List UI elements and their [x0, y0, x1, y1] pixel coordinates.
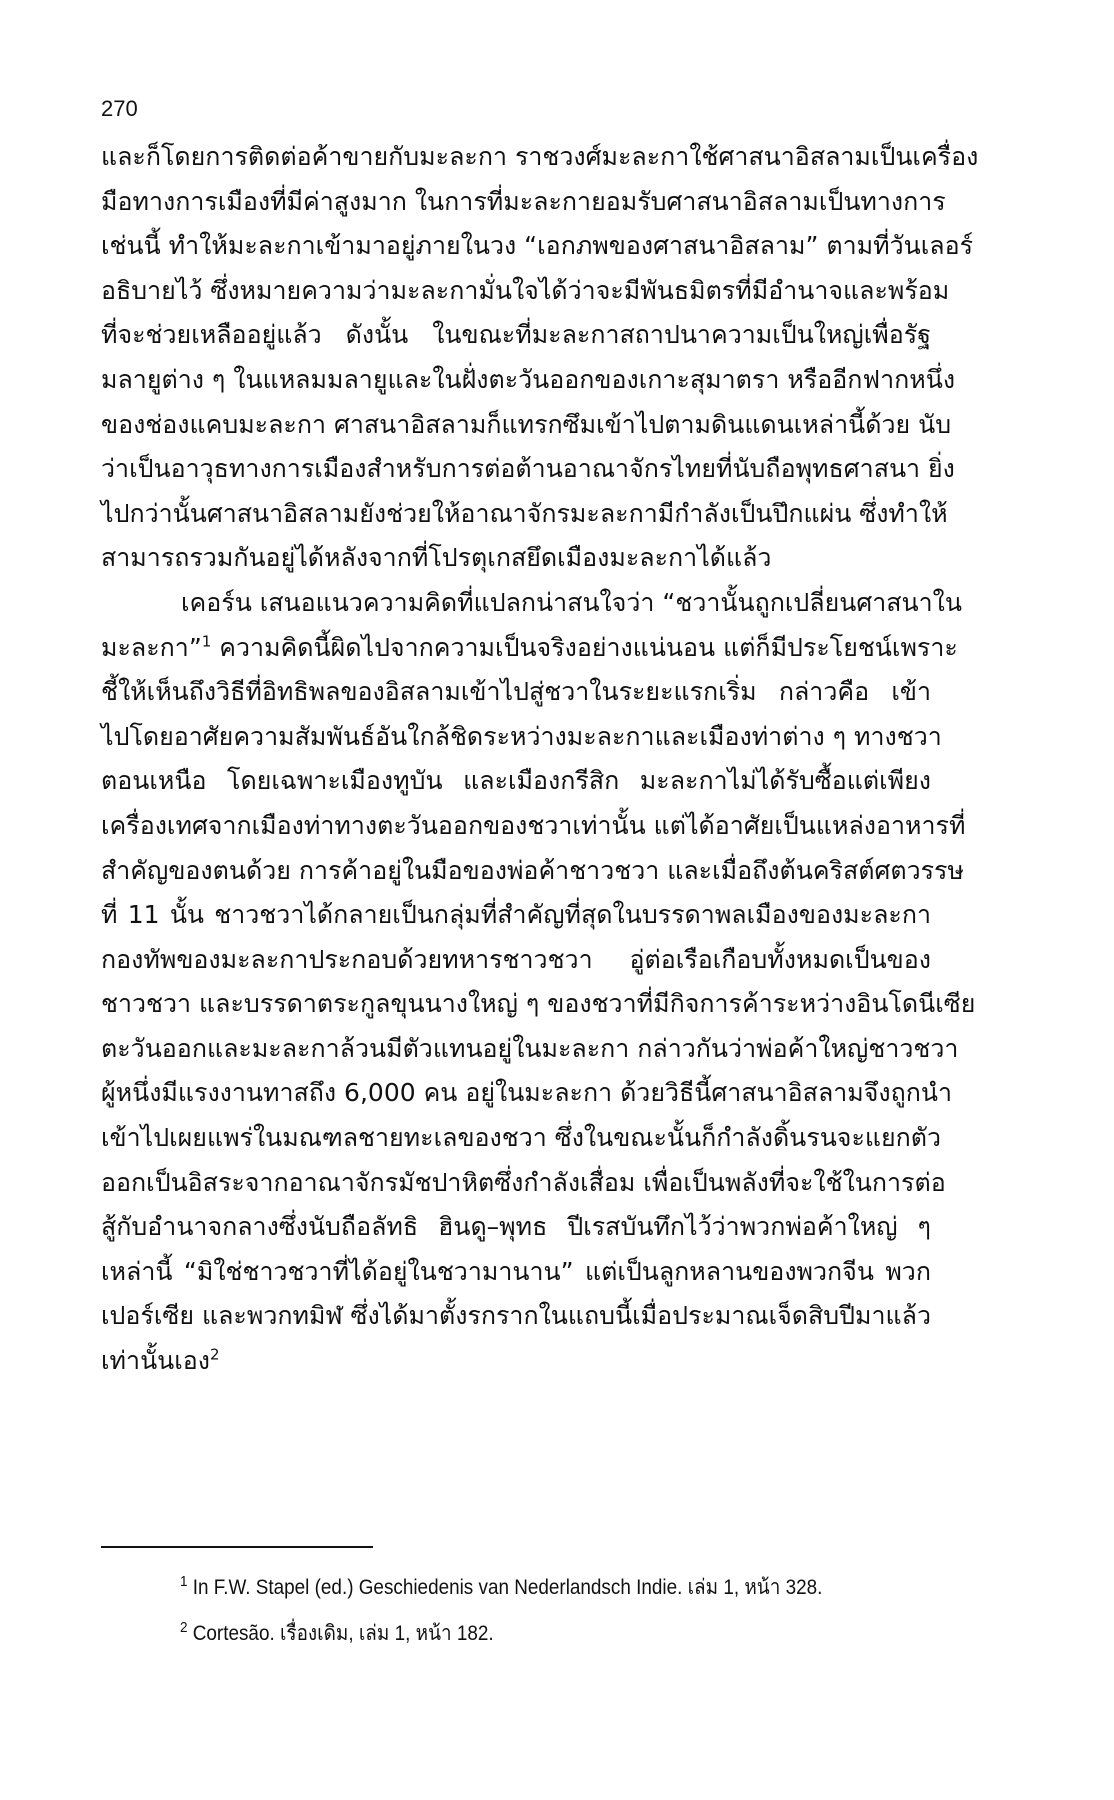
- text-line: เท่านั้นเอง2: [101, 1339, 931, 1384]
- body-text: และก็โดยการติดต่อค้าขายกับมะละกา ราชวงศ์…: [101, 135, 931, 1384]
- text-line: และก็โดยการติดต่อค้าขายกับมะละกา ราชวงศ์…: [101, 135, 931, 180]
- text-line: อธิบายไว้ ซึ่งหมายความว่ามะละกามั่นใจได้…: [101, 269, 931, 314]
- text-line: สามารถรวมกันอยู่ได้หลังจากที่โปรตุเกสยึด…: [101, 536, 931, 581]
- text-line: เข้าไปเผยแพร่ในมณฑลชายทะเลของชวา ซึ่งในข…: [101, 1116, 931, 1161]
- text-line: สำคัญของตนด้วย การค้าอยู่ในมือของพ่อค้าช…: [101, 849, 931, 894]
- text-line: ชาวชวา และบรรดาตระกูลขุนนางใหญ่ ๆ ของชวา…: [101, 982, 931, 1027]
- text-line: สู้กับอำนาจกลางซึ่งนับถือลัทธิ ฮินดู–พุท…: [101, 1205, 931, 1250]
- text-line: ของช่องแคบมะละกา ศาสนาอิสลามก็แทรกซึมเข้…: [101, 403, 931, 448]
- text-line: ที่ 11 นั้น ชาวชวาได้กลายเป็นกลุ่มที่สำค…: [101, 893, 931, 938]
- text-line: มะละกา”1 ความคิดนี้ผิดไปจากความเป็นจริงอ…: [101, 626, 931, 671]
- page-number: 270: [101, 96, 138, 122]
- footnote-divider: [101, 1546, 373, 1548]
- footnote-ref-1[interactable]: 1: [202, 632, 212, 650]
- text-segment: เท่านั้นเอง: [101, 1346, 210, 1375]
- text-line: มือทางการเมืองที่มีค่าสูงมาก ในการที่มะล…: [101, 180, 931, 225]
- text-line: เช่นนี้ ทำให้มะละกาเข้ามาอยู่ภายในวง “เอ…: [101, 224, 931, 269]
- text-line: ตะวันออกและมะละกาล้วนมีตัวแทนอยู่ในมะละก…: [101, 1027, 931, 1072]
- text-line: ว่าเป็นอาวุธทางการเมืองสำหรับการต่อต้านอ…: [101, 447, 931, 492]
- text-line: มลายูต่าง ๆ ในแหลมมลายูและในฝั่งตะวันออก…: [101, 358, 931, 403]
- footnotes: 1 In F.W. Stapel (ed.) Geschiedenis van …: [180, 1565, 822, 1657]
- footnote-marker: 2: [180, 1619, 188, 1636]
- text-line: ไปกว่านั้นศาสนาอิสลามยังช่วยให้อาณาจักรม…: [101, 492, 931, 537]
- text-line: เหล่านี้ “มิใช่ชาวชวาที่ได้อยู่ในชวามานา…: [101, 1250, 931, 1295]
- text-line: ที่จะช่วยเหลืออยู่แล้ว ดังนั้น ในขณะที่ม…: [101, 313, 931, 358]
- text-line: ออกเป็นอิสระจากอาณาจักรมัชปาหิตซึ่งกำลัง…: [101, 1161, 931, 1206]
- footnote-ref-2[interactable]: 2: [210, 1346, 220, 1364]
- footnote-text: In F.W. Stapel (ed.) Geschiedenis van Ne…: [193, 1576, 823, 1599]
- text-line: ผู้หนึ่งมีแรงงานทาสถึง 6,000 คน อยู่ในมะ…: [101, 1071, 931, 1116]
- text-segment: ความคิดนี้ผิดไปจากความเป็นจริงอย่างแน่นอ…: [219, 633, 958, 662]
- text-line: ชี้ให้เห็นถึงวิธีที่อิทธิพลของอิสลามเข้า…: [101, 670, 931, 715]
- footnote-2: 2 Cortesão. เรื่องเดิม, เล่ม 1, หน้า 182…: [180, 1611, 822, 1657]
- footnote-1: 1 In F.W. Stapel (ed.) Geschiedenis van …: [180, 1565, 822, 1611]
- text-line: ตอนเหนือ โดยเฉพาะเมืองทูบัน และเมืองกรีส…: [101, 759, 931, 804]
- text-line: เคอร์น เสนอแนวความคิดที่แปลกน่าสนใจว่า “…: [101, 581, 931, 626]
- footnote-text: Cortesão. เรื่องเดิม, เล่ม 1, หน้า 182.: [193, 1622, 494, 1645]
- text-line: กองทัพของมะละกาประกอบด้วยทหารชาวชวา อู่ต…: [101, 938, 931, 983]
- footnote-marker: 1: [180, 1573, 188, 1590]
- quote-end: มะละกา”: [101, 633, 202, 662]
- text-line: เปอร์เซีย และพวกทมิฬ ซึ่งได้มาตั้งรกรากใ…: [101, 1294, 931, 1339]
- text-line: ไปโดยอาศัยความสัมพันธ์อันใกล้ชิดระหว่างม…: [101, 715, 931, 760]
- text-line: เครื่องเทศจากเมืองท่าทางตะวันออกของชวาเท…: [101, 804, 931, 849]
